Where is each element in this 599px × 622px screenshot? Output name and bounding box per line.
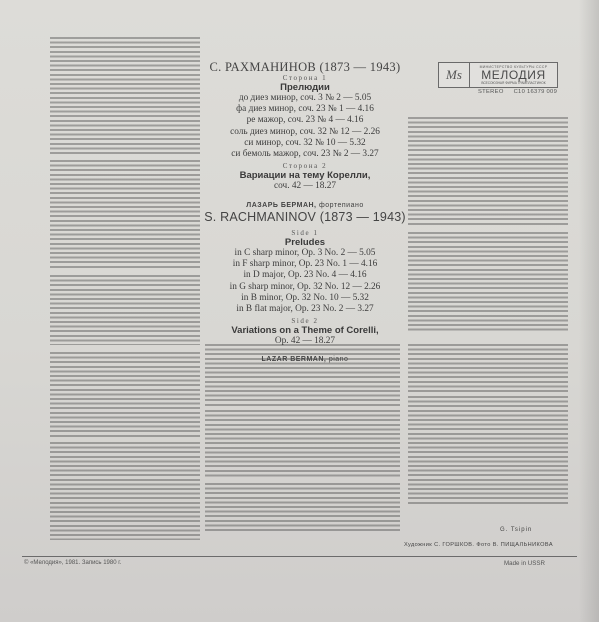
track-item: ре мажор, соч. 23 № 4 — 4.16 xyxy=(200,115,410,126)
liner-notes-ru-column xyxy=(50,442,200,540)
track-item: фа диез минор, соч. 23 № 1 — 4.16 xyxy=(200,104,410,115)
performer-ru: ЛАЗАРЬ БЕРМАН, фортепиано xyxy=(200,202,410,209)
side2-detail-ru: соч. 42 — 18.27 xyxy=(200,181,410,192)
liner-notes-ru-column xyxy=(50,352,200,437)
performer-role-ru: фортепиано xyxy=(319,202,364,209)
tracklist-ru: Сторона 1 Прелюдии до диез минор, соч. 3… xyxy=(200,74,410,209)
side1-work-ru: Прелюдии xyxy=(200,82,410,93)
side1-label-en: Side 1 xyxy=(200,229,410,237)
notes-author: G. Tsipin xyxy=(500,527,532,533)
liner-notes-ru-column xyxy=(205,483,400,533)
side2-work-en: Variations on a Theme of Corelli, xyxy=(200,325,410,336)
format-label: STEREO xyxy=(478,89,504,95)
side2-detail-en: Op. 42 — 18.27 xyxy=(200,336,410,347)
catalog-info: STEREO С10 16379 009 xyxy=(478,89,565,95)
track-item: in B minor, Op. 32 No. 10 — 5.32 xyxy=(200,293,410,304)
track-item: си минор, соч. 32 № 10 — 5.32 xyxy=(200,138,410,149)
melodiya-logo: Мѕ МИНИСТЕРСТВО КУЛЬТУРЫ СССР МЕЛОДИЯ ВС… xyxy=(438,62,558,88)
design-credits: Художник С. ГОРШКОВ. Фото В. ПИЩАЛЬНИКОВ… xyxy=(404,542,553,548)
liner-notes-ru-column xyxy=(408,117,568,227)
tracklist-en: S. RACHMANINOV (1873 — 1943) Side 1 Prel… xyxy=(200,210,410,363)
track-item: си бемоль мажор, соч. 23 № 2 — 3.27 xyxy=(200,149,410,160)
track-item: in F sharp minor, Op. 23 No. 1 — 4.16 xyxy=(200,259,410,270)
track-item: соль диез минор, соч. 32 № 12 — 2.26 xyxy=(200,127,410,138)
composer-heading-en: S. RACHMANINOV (1873 — 1943) xyxy=(200,210,410,224)
track-item: in G sharp minor, Op. 32 No. 12 — 2.26 xyxy=(200,282,410,293)
side2-work-ru: Вариации на тему Корелли, xyxy=(200,170,410,181)
label-text: МИНИСТЕРСТВО КУЛЬТУРЫ СССР МЕЛОДИЯ ВСЕСО… xyxy=(470,63,557,87)
liner-notes-ru-column xyxy=(50,275,200,345)
record-sleeve-back: С. РАХМАНИНОВ (1873 — 1943) Сторона 1 Пр… xyxy=(0,0,599,622)
liner-notes-en-column xyxy=(408,396,568,504)
side1-tracks-en: in C sharp minor, Op. 3 No. 2 — 5.05 in … xyxy=(200,248,410,315)
side2-label-en: Side 2 xyxy=(200,317,410,325)
side1-label-ru: Сторона 1 xyxy=(200,74,410,82)
composer-years-en: (1873 — 1943) xyxy=(320,210,406,224)
label-subtitle: ВСЕСОЮЗНАЯ ФИРМА ГРАМПЛАСТИНОК xyxy=(481,81,545,85)
track-item: in C sharp minor, Op. 3 No. 2 — 5.05 xyxy=(200,248,410,259)
performer-en: LAZAR BERMAN, piano xyxy=(200,356,410,363)
performer-name-ru: ЛАЗАРЬ БЕРМАН, xyxy=(246,202,316,209)
composer-name-ru: С. РАХМАНИНОВ xyxy=(210,60,316,74)
liner-notes-en-column xyxy=(408,344,568,392)
liner-notes-ru-column xyxy=(205,410,400,478)
liner-notes-ru-column xyxy=(50,160,200,270)
made-in-label: Made in USSR xyxy=(504,560,545,567)
copyright-notice: © «Мелодия», 1981. Запись 1980 г. xyxy=(24,560,121,566)
catalog-number: С10 16379 009 xyxy=(514,89,558,95)
track-item: in D major, Op. 23 No. 4 — 4.16 xyxy=(200,270,410,281)
track-item: in B flat major, Op. 23 No. 2 — 3.27 xyxy=(200,304,410,315)
side2-label-ru: Сторона 2 xyxy=(200,162,410,170)
sleeve-edge-shadow xyxy=(579,0,599,622)
composer-years-ru: (1873 — 1943) xyxy=(319,60,400,74)
footer-divider xyxy=(22,556,577,557)
label-name: МЕЛОДИЯ xyxy=(481,69,546,81)
side1-tracks-ru: до диез минор, соч. 3 № 2 — 5.05 фа диез… xyxy=(200,93,410,160)
track-item: до диез минор, соч. 3 № 2 — 5.05 xyxy=(200,93,410,104)
composer-heading-ru: С. РАХМАНИНОВ (1873 — 1943) xyxy=(200,60,410,75)
side1-work-en: Preludes xyxy=(200,237,410,248)
composer-name-en: S. RACHMANINOV xyxy=(204,210,316,224)
liner-notes-ru-column xyxy=(408,232,568,332)
performer-name-en: LAZAR BERMAN, xyxy=(262,356,327,363)
liner-notes-ru-column xyxy=(50,37,200,155)
melodiya-emblem-icon: Мѕ xyxy=(439,63,470,87)
performer-role-en: piano xyxy=(329,356,349,363)
